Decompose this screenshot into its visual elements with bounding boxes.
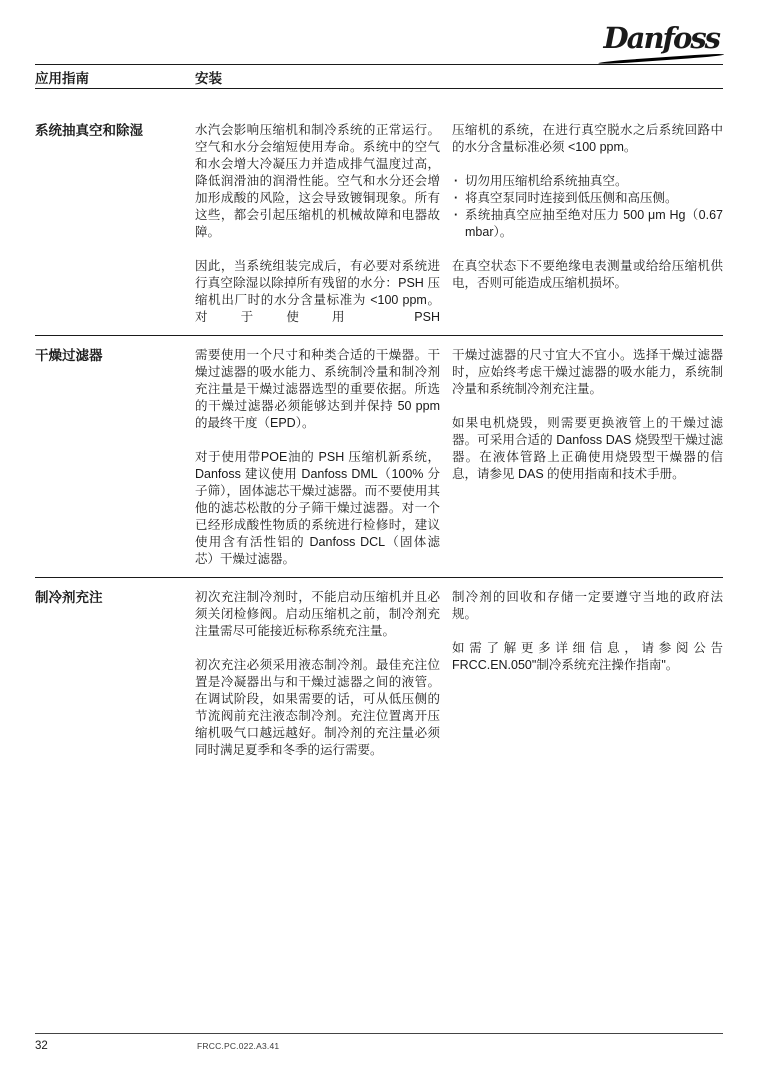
section-text-column-2: 干燥过滤器的尺寸宜大不宜小。选择干燥过滤器时，应始终考虑干燥过滤器的吸水能力，系…	[452, 347, 723, 568]
bullet-item: 将真空泵同时连接到低压侧和高压侧。	[465, 190, 723, 207]
chapter-label: 安装	[195, 67, 222, 87]
paragraph: 需要使用一个尺寸和种类合适的干燥器。干燥过滤器的吸水能力、系统制冷量和制冷剂充注…	[195, 347, 440, 432]
paragraph: 干燥过滤器的尺寸宜大不宜小。选择干燥过滤器时，应始终考虑干燥过滤器的吸水能力，系…	[452, 347, 723, 398]
section-title: 系统抽真空和除湿	[35, 122, 195, 326]
paragraph: 如果电机烧毁，则需要更换液管上的干燥过滤器。可采用合适的 Danfoss DAS…	[452, 415, 723, 483]
paragraph: 初次充注制冷剂时，不能启动压缩机并且必须关闭检修阀。启动压缩机之前，制冷剂充注量…	[195, 589, 440, 640]
section-text-column-1: 水汽会影响压缩机和制冷系统的正常运行。空气和水分会缩短使用寿命。系统中的空气和水…	[195, 122, 452, 326]
bullet-item: 切勿用压缩机给系统抽真空。	[465, 173, 723, 190]
page-footer: 32 FRCC.PC.022.A3.41	[35, 1033, 723, 1052]
section-filter-drier: 干燥过滤器 需要使用一个尺寸和种类合适的干燥器。干燥过滤器的吸水能力、系统制冷量…	[35, 335, 723, 577]
paragraph: 因此，当系统组装完成后，有必要对系统进行真空除湿以除掉所有残留的水分：PSH 压…	[195, 258, 440, 326]
page-number: 32	[35, 1040, 197, 1052]
section-text-column-1: 初次充注制冷剂时，不能启动压缩机并且必须关闭检修阀。启动压缩机之前，制冷剂充注量…	[195, 589, 452, 759]
sections-container: 系统抽真空和除湿 水汽会影响压缩机和制冷系统的正常运行。空气和水分会缩短使用寿命…	[35, 122, 723, 768]
section-text-column-1: 需要使用一个尺寸和种类合适的干燥器。干燥过滤器的吸水能力、系统制冷量和制冷剂充注…	[195, 347, 452, 568]
section-text-column-2: 制冷剂的回收和存储一定要遵守当地的政府法规。 如需了解更多详细信息，请参阅公告 …	[452, 589, 723, 759]
paragraph: 在真空状态下不要绝缘电表测量或给给压缩机供电，否则可能造成压缩机损坏。	[452, 258, 723, 292]
paragraph: 对于使用带POE油的 PSH 压缩机新系统，Danfoss 建议使用 Danfo…	[195, 449, 440, 568]
bullet-list: 切勿用压缩机给系统抽真空。 将真空泵同时连接到低压侧和高压侧。 系统抽真空应抽至…	[452, 173, 723, 241]
paragraph: 制冷剂的回收和存储一定要遵守当地的政府法规。	[452, 589, 723, 623]
danfoss-logo: Danfoss	[602, 24, 724, 56]
section-vacuum-dehydration: 系统抽真空和除湿 水汽会影响压缩机和制冷系统的正常运行。空气和水分会缩短使用寿命…	[35, 122, 723, 335]
document-page: Danfoss 应用指南 安装 系统抽真空和除湿 水汽会影响压缩机和制冷系统的正…	[0, 0, 758, 1072]
section-title: 制冷剂充注	[35, 589, 195, 759]
paragraph: 水汽会影响压缩机和制冷系统的正常运行。空气和水分会缩短使用寿命。系统中的空气和水…	[195, 122, 440, 241]
logo-row: Danfoss	[35, 0, 723, 64]
section-refrigerant-charging: 制冷剂充注 初次充注制冷剂时，不能启动压缩机并且必须关闭检修阀。启动压缩机之前，…	[35, 577, 723, 768]
section-text-column-2: 压缩机的系统，在进行真空脱水之后系统回路中的水分含量标准必须 <100 ppm。…	[452, 122, 723, 326]
paragraph: 压缩机的系统，在进行真空脱水之后系统回路中的水分含量标准必须 <100 ppm。	[452, 122, 723, 156]
bullet-item: 系统抽真空应抽至绝对压力 500 μm Hg（0.67 mbar）。	[465, 207, 723, 241]
document-code: FRCC.PC.022.A3.41	[197, 1041, 279, 1051]
page-header: 应用指南 安装	[35, 64, 723, 89]
paragraph: 初次充注必须采用液态制冷剂。最佳充注位置是冷凝器出与和干燥过滤器之间的液管。在调…	[195, 657, 440, 759]
section-title: 干燥过滤器	[35, 347, 195, 568]
paragraph: 如需了解更多详细信息，请参阅公告 FRCC.EN.050"制冷系统充注操作指南"…	[452, 640, 723, 674]
doc-type-label: 应用指南	[35, 67, 195, 87]
